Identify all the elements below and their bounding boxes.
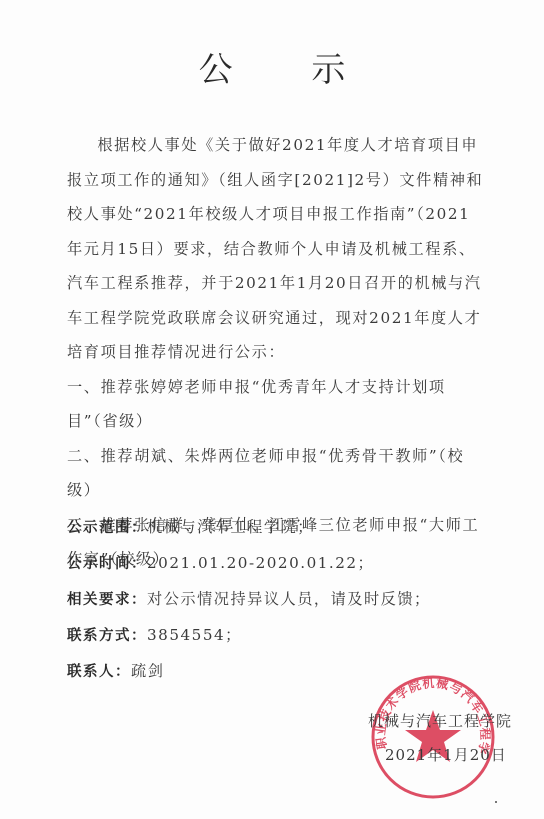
scope-value: 机械与汽车工程学院； <box>147 518 314 536</box>
contact-label: 联系方式： <box>67 628 147 644</box>
signature-date: 2021年1月20日 <box>385 744 507 765</box>
contact-row: 联系方式：3854554； <box>67 618 431 654</box>
requirement-label: 相关要求： <box>67 592 147 608</box>
official-seal-icon: 职业技术学院机械与汽车工程学院 <box>368 672 498 802</box>
page-title: 公 示 <box>0 42 544 91</box>
scope-row: 公示范围：机械与汽车工程学院； <box>67 510 431 546</box>
requirement-value: 对公示情况持异议人员，请及时反馈； <box>147 590 431 608</box>
contact-value: 3854554； <box>147 626 242 644</box>
requirement-row: 相关要求：对公示情况持异议人员，请及时反馈； <box>67 582 431 618</box>
contact-person-label: 联系人： <box>67 664 131 680</box>
list-item: 二、推荐胡斌、朱烨两位老师申报“优秀骨干教师”（校级） <box>67 439 487 508</box>
list-item: 一、推荐张婷婷老师申报“优秀青年人才支持计划项目”（省级） <box>67 370 487 439</box>
period-value: 2021.01.20-2020.01.22； <box>147 554 374 572</box>
contact-person-value: 疏剑 <box>131 662 164 680</box>
scope-label: 公示范围： <box>67 520 147 536</box>
period-row: 公示时间：2021.01.20-2020.01.22； <box>67 546 431 582</box>
notice-details: 公示范围：机械与汽车工程学院； 公示时间：2021.01.20-2020.01.… <box>67 510 431 690</box>
signature-organization: 机械与汽车工程学院 <box>368 710 512 731</box>
intro-paragraph: 根据校人事处《关于做好2021年度人才培育项目申报立项工作的通知》（组人函字[2… <box>67 128 487 370</box>
period-label: 公示时间： <box>67 556 147 572</box>
